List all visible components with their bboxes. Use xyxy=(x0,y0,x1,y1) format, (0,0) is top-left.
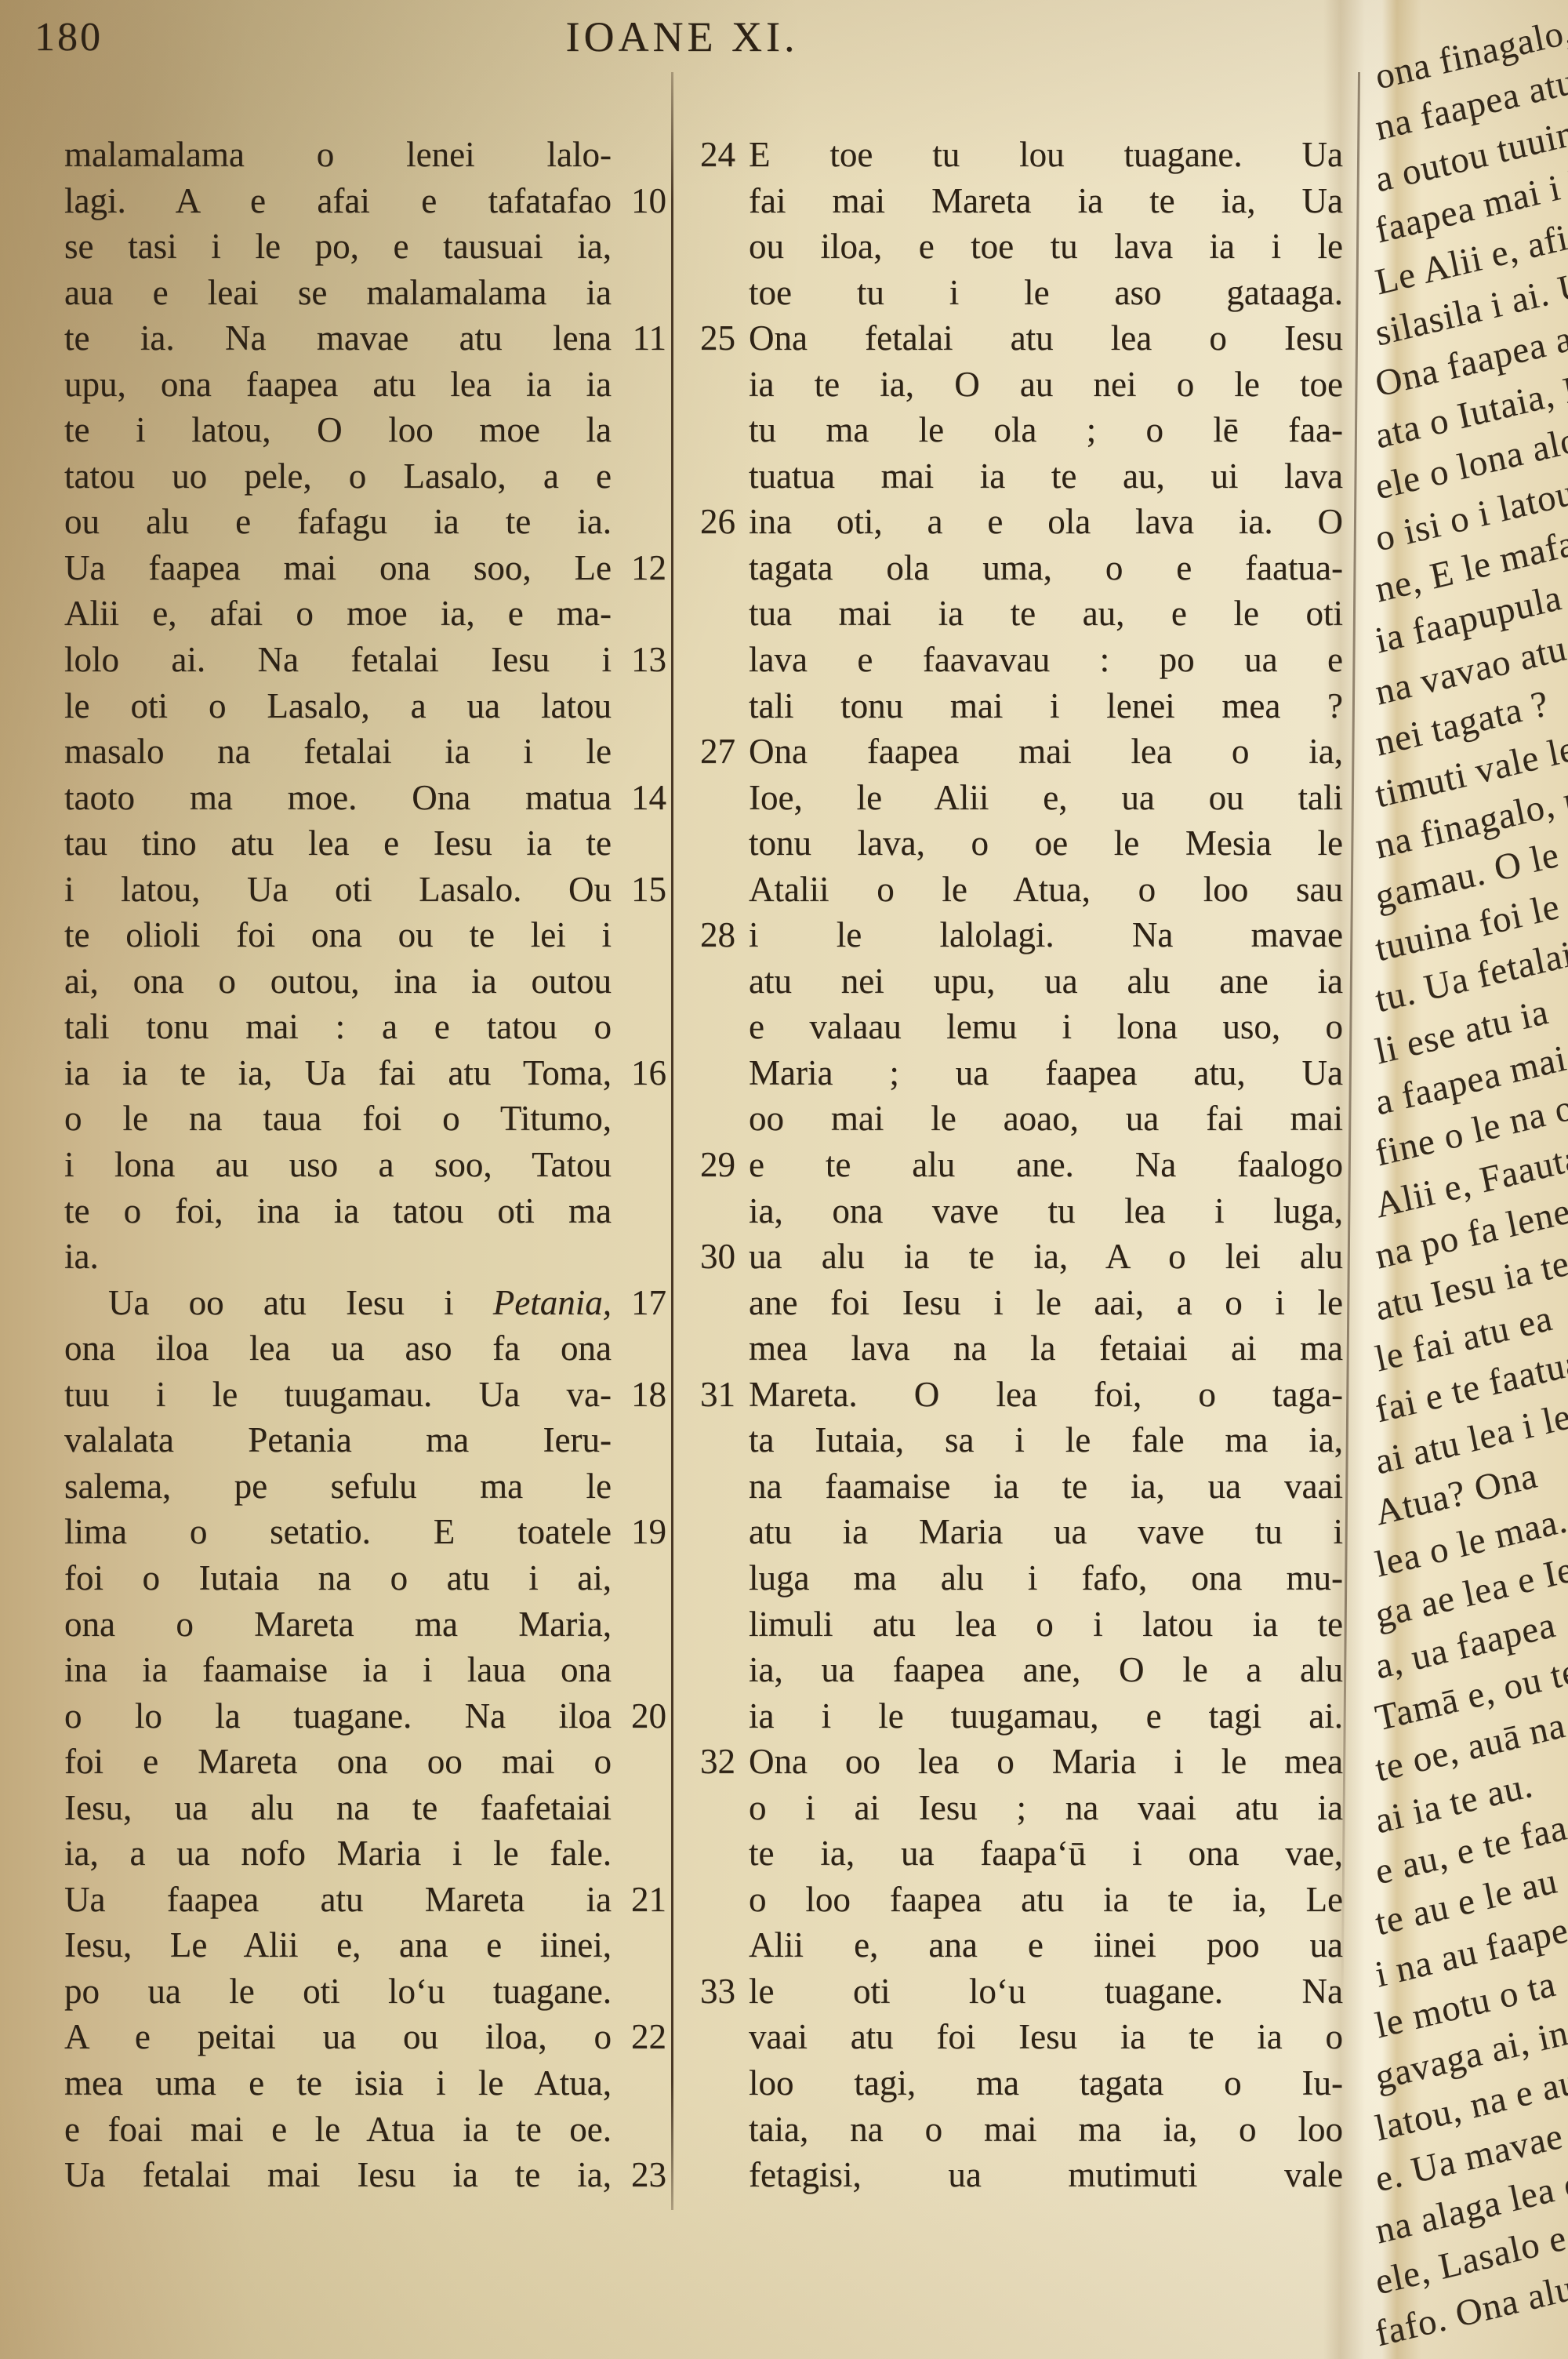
text-line: ou alu e fafagu ia te ia. xyxy=(64,499,666,545)
text-line: te o foi, ina ia tatou oti ma xyxy=(64,1188,666,1234)
verse-text: E toe tu lou tuagane. Ua xyxy=(749,132,1343,178)
text-line: Maria ; ua faapea atu, Ua xyxy=(700,1050,1343,1096)
verse-text: lolo ai. Na fetalai Iesu i xyxy=(64,637,612,683)
text-line: foi e Mareta ona oo mai o xyxy=(64,1739,666,1785)
verse-text: ona o Mareta ma Maria, xyxy=(64,1601,612,1648)
text-line: o loo faapea atu ia te ia, Le xyxy=(700,1877,1343,1923)
verse-text: ta Iutaia, sa i le fale ma ia, xyxy=(749,1417,1343,1463)
verse-text: ia te ia, O au nei o le toe xyxy=(749,362,1343,408)
text-line: malamalama o lenei lalo- xyxy=(64,132,666,178)
verse-text: te ia. Na mavae atu lena xyxy=(64,315,612,362)
text-line: lagi. A e afai e tafatafao10 xyxy=(64,178,666,224)
text-line: i lona au uso a soo, Tatou xyxy=(64,1142,666,1188)
text-line: tua mai ia te au, e le oti xyxy=(700,591,1343,637)
text-line: tau tino atu lea e Iesu ia te xyxy=(64,820,666,867)
text-line: 29e te alu ane. Na faalogo xyxy=(700,1142,1343,1188)
text-line: 30ua alu ia te ia, A o lei alu xyxy=(700,1234,1343,1280)
text-line: taia, na o mai ma ia, o loo xyxy=(700,2106,1343,2153)
text-line: e valaau lemu i lona uso, o xyxy=(700,1004,1343,1050)
verse-text: tatou uo pele, o Lasalo, a e xyxy=(64,453,612,500)
verse-text: po ua le oti loʻu tuagane. xyxy=(64,1968,612,2015)
text-line: e foai mai e le Atua ia te oe. xyxy=(64,2106,666,2153)
text-line: ta Iutaia, sa i le fale ma ia, xyxy=(700,1417,1343,1463)
text-line: 31Mareta. O lea foi, o taga- xyxy=(700,1372,1343,1418)
text-line: Ua faapea mai ona soo, Le12 xyxy=(64,545,666,591)
text-line: lima o setatio. E toatele19 xyxy=(64,1509,666,1555)
verse-text: ia. xyxy=(64,1234,612,1280)
text-line: fai mai Mareta ia te ia, Ua xyxy=(700,178,1343,224)
text-line: ia, ona vave tu lea i luga, xyxy=(700,1188,1343,1234)
text-line: 27Ona faapea mai lea o ia, xyxy=(700,729,1343,775)
right-text-column: 24E toe tu lou tuagane. Uafai mai Mareta… xyxy=(700,132,1343,2198)
verse-text: limuli atu lea o i latou ia te xyxy=(749,1601,1343,1648)
verse-text: o loo faapea atu ia te ia, Le xyxy=(749,1877,1343,1923)
verse-text: atu nei upu, ua alu ane ia xyxy=(749,958,1343,1005)
verse-number: 19 xyxy=(621,1509,666,1555)
text-line: ia, a ua nofo Maria i le fale. xyxy=(64,1830,666,1877)
text-line: upu, ona faapea atu lea ia ia xyxy=(64,362,666,408)
text-line: te ia. Na mavae atu lena11 xyxy=(64,315,666,362)
text-line: lolo ai. Na fetalai Iesu i13 xyxy=(64,637,666,683)
book-page-scan: 180 IOANE XI. malamalama o lenei lalo-la… xyxy=(0,0,1568,2359)
verse-text: Ona oo lea o Maria i le mea xyxy=(749,1739,1343,1785)
text-line: Ua oo atu Iesu i Petania,17 xyxy=(64,1280,666,1326)
verse-text: tua mai ia te au, e le oti xyxy=(749,591,1343,637)
adjacent-page-edge: ona finagalo, mana faapea atu lea outou … xyxy=(1360,0,1568,2359)
column-divider-rule xyxy=(671,72,673,2210)
text-line: tonu lava, o oe le Mesia le xyxy=(700,820,1343,867)
text-line: le oti o Lasalo, a ua latou xyxy=(64,683,666,729)
verse-text: tagata ola uma, o e faatua- xyxy=(749,545,1343,591)
verse-text: foi o Iutaia na o atu i ai, xyxy=(64,1555,612,1601)
verse-text: tali tonu mai : a e tatou o xyxy=(64,1004,612,1050)
verse-text: Alii e, afai o moe ia, e ma- xyxy=(64,591,612,637)
text-line: ona iloa lea ua aso fa ona xyxy=(64,1325,666,1372)
text-line: Ua fetalai mai Iesu ia te ia,23 xyxy=(64,2152,666,2198)
text-line: atu ia Maria ua vave tu i xyxy=(700,1509,1343,1555)
verse-text: Alii e, ana e iinei poo ua xyxy=(749,1922,1343,1968)
verse-text: ina oti, a e ola lava ia. O xyxy=(749,499,1343,545)
verse-text: ona iloa lea ua aso fa ona xyxy=(64,1325,612,1372)
verse-text: lava e faavavau : po ua e xyxy=(749,637,1343,683)
verse-text: loo tagi, ma tagata o Iu- xyxy=(749,2060,1343,2106)
verse-text: lagi. A e afai e tafatafao xyxy=(64,178,612,224)
verse-number: 11 xyxy=(621,315,666,362)
text-line: tatou uo pele, o Lasalo, a e xyxy=(64,453,666,500)
verse-text: taoto ma moe. Ona matua xyxy=(64,775,612,821)
text-line: ia i le tuugamau, e tagi ai. xyxy=(700,1693,1343,1739)
verse-text: ina ia faamaise ia i laua ona xyxy=(64,1647,612,1693)
verse-text: i le lalolagi. Na mavae xyxy=(749,912,1343,958)
text-line: na faamaise ia te ia, ua vaai xyxy=(700,1463,1343,1510)
verse-text: te olioli foi ona ou te lei i xyxy=(64,912,612,958)
verse-number: 26 xyxy=(700,499,746,545)
text-line: foi o Iutaia na o atu i ai, xyxy=(64,1555,666,1601)
verse-number: 16 xyxy=(621,1050,666,1096)
verse-text: ia, a ua nofo Maria i le fale. xyxy=(64,1830,612,1877)
verse-number: 12 xyxy=(621,545,666,591)
text-line: te olioli foi ona ou te lei i xyxy=(64,912,666,958)
verse-text: vaai atu foi Iesu ia te ia o xyxy=(749,2014,1343,2060)
verse-text: i latou, Ua oti Lasalo. Ou xyxy=(64,867,612,913)
text-line: atu nei upu, ua alu ane ia xyxy=(700,958,1343,1005)
verse-number: 23 xyxy=(621,2152,666,2198)
text-line: ia te ia, O au nei o le toe xyxy=(700,362,1343,408)
text-line: Iesu, ua alu na te faafetaiai xyxy=(64,1785,666,1831)
verse-text: upu, ona faapea atu lea ia ia xyxy=(64,362,612,408)
verse-text: malamalama o lenei lalo- xyxy=(64,132,612,178)
verse-number: 20 xyxy=(621,1693,666,1739)
verse-text: Ua oo atu Iesu i Petania, xyxy=(64,1280,612,1326)
text-line: limuli atu lea o i latou ia te xyxy=(700,1601,1343,1648)
text-line: valalata Petania ma Ieru- xyxy=(64,1417,666,1463)
text-line: 25Ona fetalai atu lea o Iesu xyxy=(700,315,1343,362)
verse-text: se tasi i le po, e tausuai ia, xyxy=(64,224,612,270)
verse-text: Iesu, Le Alii e, ana e iinei, xyxy=(64,1922,612,1968)
verse-text: taia, na o mai ma ia, o loo xyxy=(749,2106,1343,2153)
verse-text: le oti o Lasalo, a ua latou xyxy=(64,683,612,729)
verse-text: foi e Mareta ona oo mai o xyxy=(64,1739,612,1785)
text-line: oo mai le aoao, ua fai mai xyxy=(700,1096,1343,1142)
text-line: ane foi Iesu i le aai, a o i le xyxy=(700,1280,1343,1326)
verse-text: e te alu ane. Na faalogo xyxy=(749,1142,1343,1188)
verse-number: 29 xyxy=(700,1142,746,1188)
verse-text: Ona faapea mai lea o ia, xyxy=(749,729,1343,775)
text-line: mea lava na la fetaiai ai ma xyxy=(700,1325,1343,1372)
verse-text-segment: Ua oo atu Iesu i xyxy=(108,1283,493,1322)
verse-number: 21 xyxy=(621,1877,666,1923)
text-line: lava e faavavau : po ua e xyxy=(700,637,1343,683)
verse-number: 14 xyxy=(621,775,666,821)
text-line: ia. xyxy=(64,1234,666,1280)
verse-text: atu ia Maria ua vave tu i xyxy=(749,1509,1343,1555)
verse-number: 28 xyxy=(700,912,746,958)
text-line: 26ina oti, a e ola lava ia. O xyxy=(700,499,1343,545)
verse-number: 25 xyxy=(700,315,746,362)
verse-number: 30 xyxy=(700,1234,746,1280)
text-line: loo tagi, ma tagata o Iu- xyxy=(700,2060,1343,2106)
text-line: tuatua mai ia te au, ui lava xyxy=(700,453,1343,500)
text-line: ona o Mareta ma Maria, xyxy=(64,1601,666,1648)
text-line: 33le oti loʻu tuagane. Na xyxy=(700,1968,1343,2015)
verse-text: o i ai Iesu ; na vaai atu ia xyxy=(749,1785,1343,1831)
verse-text: tonu lava, o oe le Mesia le xyxy=(749,820,1343,867)
text-line: Iesu, Le Alii e, ana e iinei, xyxy=(64,1922,666,1968)
verse-text: tali tonu mai i lenei mea ? xyxy=(749,683,1343,729)
verse-text: fetagisi, ua mutimuti vale xyxy=(749,2152,1343,2198)
text-block-right-rule xyxy=(1341,72,1360,2009)
text-line: 24E toe tu lou tuagane. Ua xyxy=(700,132,1343,178)
verse-text: salema, pe sefulu ma le xyxy=(64,1463,612,1510)
verse-text: oo mai le aoao, ua fai mai xyxy=(749,1096,1343,1142)
text-line: masalo na fetalai ia i le xyxy=(64,729,666,775)
verse-text: tuatua mai ia te au, ui lava xyxy=(749,453,1343,500)
verse-text: ia ia te ia, Ua fai atu Toma, xyxy=(64,1050,612,1096)
verse-text: Iesu, ua alu na te faafetaiai xyxy=(64,1785,612,1831)
text-line: ai, ona o outou, ina ia outou xyxy=(64,958,666,1005)
text-line: tali tonu mai i lenei mea ? xyxy=(700,683,1343,729)
verse-text: tu ma le ola ; o lē faa- xyxy=(749,407,1343,453)
text-line: taoto ma moe. Ona matua14 xyxy=(64,775,666,821)
verse-text: ua alu ia te ia, A o lei alu xyxy=(749,1234,1343,1280)
text-line: toe tu i le aso gataaga. xyxy=(700,270,1343,316)
verse-number: 27 xyxy=(700,729,746,775)
verse-text: luga ma alu i fafo, ona mu- xyxy=(749,1555,1343,1601)
verse-text: Atalii o le Atua, o loo sau xyxy=(749,867,1343,913)
text-line: Atalii o le Atua, o loo sau xyxy=(700,867,1343,913)
verse-number: 31 xyxy=(700,1372,746,1418)
text-line: te ia, ua faapaʻū i ona vae, xyxy=(700,1830,1343,1877)
verse-text: i lona au uso a soo, Tatou xyxy=(64,1142,612,1188)
text-line: 28i le lalolagi. Na mavae xyxy=(700,912,1343,958)
verse-number: 13 xyxy=(621,637,666,683)
verse-text: mea lava na la fetaiai ai ma xyxy=(749,1325,1343,1372)
verse-text: toe tu i le aso gataaga. xyxy=(749,270,1343,316)
verse-text: Ua faapea mai ona soo, Le xyxy=(64,545,612,591)
verse-text: masalo na fetalai ia i le xyxy=(64,729,612,775)
verse-text: ou alu e fafagu ia te ia. xyxy=(64,499,612,545)
text-line: vaai atu foi Iesu ia te ia o xyxy=(700,2014,1343,2060)
verse-text: valalata Petania ma Ieru- xyxy=(64,1417,612,1463)
text-line: tu ma le ola ; o lē faa- xyxy=(700,407,1343,453)
verse-text: Ona fetalai atu lea o Iesu xyxy=(749,315,1343,362)
text-line: po ua le oti loʻu tuagane. xyxy=(64,1968,666,2015)
text-line: 32Ona oo lea o Maria i le mea xyxy=(700,1739,1343,1785)
text-line: ia, ua faapea ane, O le a alu xyxy=(700,1647,1343,1693)
running-header: IOANE XI. xyxy=(0,13,1364,61)
verse-text: Maria ; ua faapea atu, Ua xyxy=(749,1050,1343,1096)
verse-text: o lo la tuagane. Na iloa xyxy=(64,1693,612,1739)
left-text-column: malamalama o lenei lalo-lagi. A e afai e… xyxy=(64,132,666,2198)
verse-number: 22 xyxy=(621,2014,666,2060)
verse-number: 33 xyxy=(700,1968,746,2015)
verse-text: tau tino atu lea e Iesu ia te xyxy=(64,820,612,867)
verse-text: te o foi, ina ia tatou oti ma xyxy=(64,1188,612,1234)
verse-text: ia, ona vave tu lea i luga, xyxy=(749,1188,1343,1234)
place-name-italic: Petania, xyxy=(493,1283,612,1322)
verse-text: ai, ona o outou, ina ia outou xyxy=(64,958,612,1005)
verse-number: 10 xyxy=(621,178,666,224)
text-line: aua e leai se malamalama ia xyxy=(64,270,666,316)
text-line: salema, pe sefulu ma le xyxy=(64,1463,666,1510)
verse-text: fai mai Mareta ia te ia, Ua xyxy=(749,178,1343,224)
text-line: ou iloa, e toe tu lava ia i le xyxy=(700,224,1343,270)
text-line: Ua faapea atu Mareta ia21 xyxy=(64,1877,666,1923)
text-line: o i ai Iesu ; na vaai atu ia xyxy=(700,1785,1343,1831)
text-line: tagata ola uma, o e faatua- xyxy=(700,545,1343,591)
verse-number: 18 xyxy=(621,1372,666,1418)
text-line: tuu i le tuugamau. Ua va-18 xyxy=(64,1372,666,1418)
verse-number: 32 xyxy=(700,1739,746,1785)
text-line: Ioe, le Alii e, ua ou tali xyxy=(700,775,1343,821)
verse-text: o le na taua foi o Titumo, xyxy=(64,1096,612,1142)
verse-text: na faamaise ia te ia, ua vaai xyxy=(749,1463,1343,1510)
verse-text: Ua faapea atu Mareta ia xyxy=(64,1877,612,1923)
text-line: o le na taua foi o Titumo, xyxy=(64,1096,666,1142)
text-line: tali tonu mai : a e tatou o xyxy=(64,1004,666,1050)
verse-text: mea uma e te isia i le Atua, xyxy=(64,2060,612,2106)
verse-number: 24 xyxy=(700,132,746,178)
text-line: mea uma e te isia i le Atua, xyxy=(64,2060,666,2106)
text-line: te i latou, O loo moe la xyxy=(64,407,666,453)
verse-text: lima o setatio. E toatele xyxy=(64,1509,612,1555)
text-line: ia ia te ia, Ua fai atu Toma,16 xyxy=(64,1050,666,1096)
text-line: Alii e, ana e iinei poo ua xyxy=(700,1922,1343,1968)
text-line: ina ia faamaise ia i laua ona xyxy=(64,1647,666,1693)
verse-text: e foai mai e le Atua ia te oe. xyxy=(64,2106,612,2153)
text-line: luga ma alu i fafo, ona mu- xyxy=(700,1555,1343,1601)
text-line: A e peitai ua ou iloa, o22 xyxy=(64,2014,666,2060)
verse-text: aua e leai se malamalama ia xyxy=(64,270,612,316)
verse-text: e valaau lemu i lona uso, o xyxy=(749,1004,1343,1050)
verse-text: A e peitai ua ou iloa, o xyxy=(64,2014,612,2060)
verse-text: Ioe, le Alii e, ua ou tali xyxy=(749,775,1343,821)
verse-text: Ua fetalai mai Iesu ia te ia, xyxy=(64,2152,612,2198)
verse-text: ia, ua faapea ane, O le a alu xyxy=(749,1647,1343,1693)
chapter-title: IOANE XI. xyxy=(566,13,799,61)
verse-text: ane foi Iesu i le aai, a o i le xyxy=(749,1280,1343,1326)
verse-text: te i latou, O loo moe la xyxy=(64,407,612,453)
verse-number: 15 xyxy=(621,867,666,913)
text-line: o lo la tuagane. Na iloa20 xyxy=(64,1693,666,1739)
text-line: se tasi i le po, e tausuai ia, xyxy=(64,224,666,270)
verse-text: le oti loʻu tuagane. Na xyxy=(749,1968,1343,2015)
verse-number: 17 xyxy=(621,1280,666,1326)
text-line: fetagisi, ua mutimuti vale xyxy=(700,2152,1343,2198)
text-line: i latou, Ua oti Lasalo. Ou15 xyxy=(64,867,666,913)
text-line: Alii e, afai o moe ia, e ma- xyxy=(64,591,666,637)
verse-text: ou iloa, e toe tu lava ia i le xyxy=(749,224,1343,270)
verse-text: te ia, ua faapaʻū i ona vae, xyxy=(749,1830,1343,1877)
verse-text: tuu i le tuugamau. Ua va- xyxy=(64,1372,612,1418)
verse-text: ia i le tuugamau, e tagi ai. xyxy=(749,1693,1343,1739)
verse-text: Mareta. O lea foi, o taga- xyxy=(749,1372,1343,1418)
